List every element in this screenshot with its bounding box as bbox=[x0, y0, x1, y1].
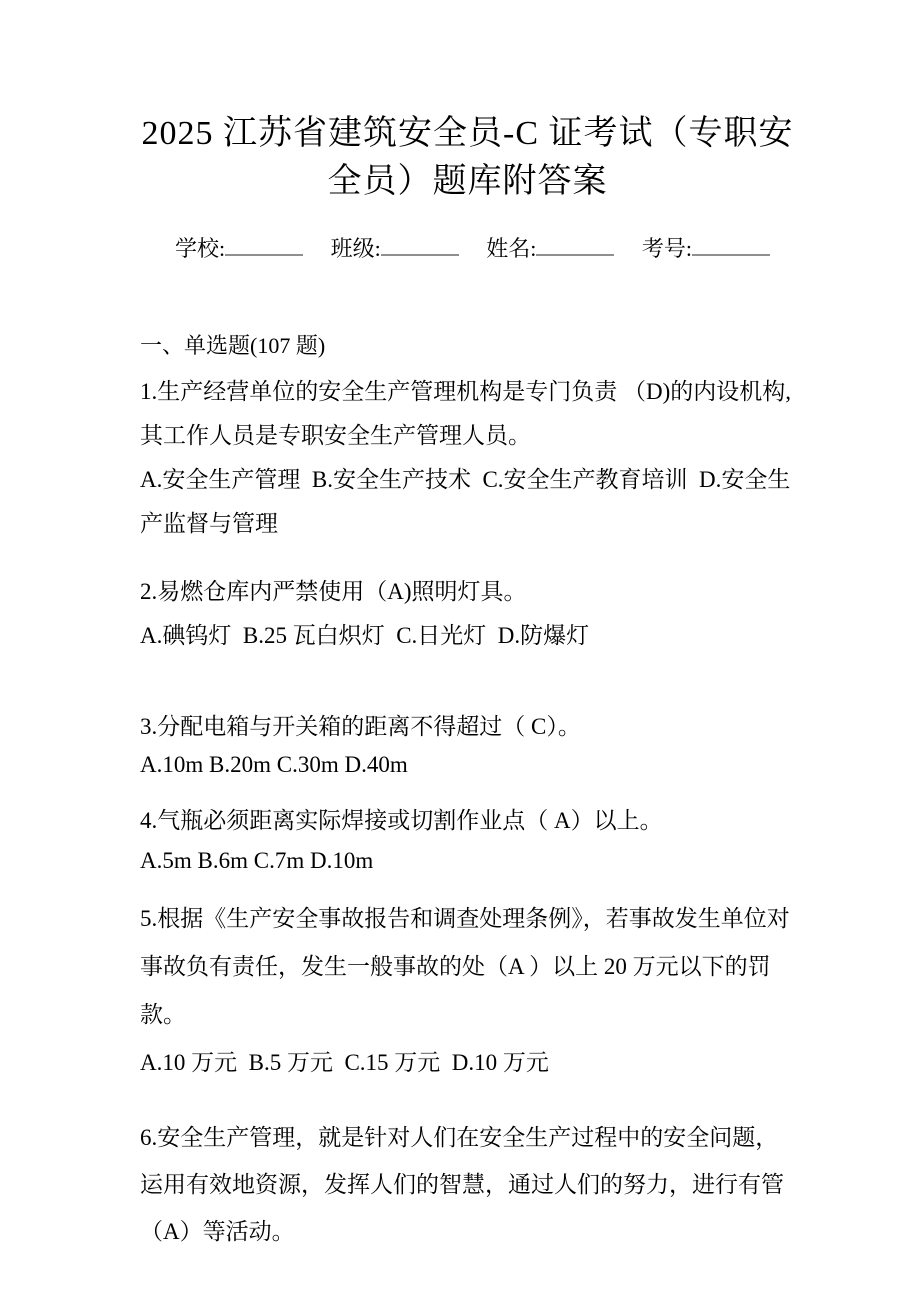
school-label: 学校: bbox=[175, 236, 225, 261]
question-5-text: 5.根据《生产安全事故报告和调查处理条例》，若事故发生单位对事故负有责任，发生一… bbox=[140, 895, 795, 1039]
question-2: 2.易燃仓库内严禁使用（A)照明灯具。 A.碘钨灯 B.25 瓦白炽灯 C.日光… bbox=[140, 570, 795, 658]
question-1-options: A.安全生产管理 B.安全生产技术 C.安全生产教育培训 D.安全生产监督与管理 bbox=[140, 458, 795, 546]
exam-title-line-2: 全员）题库附答案 bbox=[140, 158, 795, 206]
section-heading-single-choice: 一、单选题(107 题) bbox=[140, 332, 795, 360]
question-2-text: 2.易燃仓库内严禁使用（A)照明灯具。 bbox=[140, 570, 795, 614]
question-5: 5.根据《生产安全事故报告和调查处理条例》，若事故发生单位对事故负有责任，发生一… bbox=[140, 895, 795, 1087]
name-label: 姓名: bbox=[486, 236, 536, 261]
school-blank-line bbox=[225, 236, 303, 256]
question-6-text: 6.安全生产管理，就是针对人们在安全生产过程中的安全问题，运用有效地资源，发挥人… bbox=[140, 1114, 795, 1255]
class-label: 班级: bbox=[331, 236, 381, 261]
question-6: 6.安全生产管理，就是针对人们在安全生产过程中的安全问题，运用有效地资源，发挥人… bbox=[140, 1114, 795, 1255]
question-4-text: 4.气瓶必须距离实际焊接或切割作业点（ A）以上。 bbox=[140, 801, 795, 841]
question-1-text: 1.生产经营单位的安全生产管理机构是专门负责 （D)的内设机构,其工作人员是专职… bbox=[140, 370, 795, 458]
question-4-options: A.5m B.6m C.7m D.10m bbox=[140, 841, 795, 881]
name-field: 姓名: bbox=[486, 236, 614, 262]
class-field: 班级: bbox=[331, 236, 459, 262]
question-1: 1.生产经营单位的安全生产管理机构是专门负责 （D)的内设机构,其工作人员是专职… bbox=[140, 370, 795, 546]
document-content: 2025 江苏省建筑安全员-C 证考试（专职安 全员）题库附答案 学校: 班级:… bbox=[140, 0, 795, 1255]
question-2-options: A.碘钨灯 B.25 瓦白炽灯 C.日光灯 D.防爆灯 bbox=[140, 614, 795, 658]
question-3-options: A.10m B.20m C.30m D.40m bbox=[140, 746, 795, 784]
exam-number-label: 考号: bbox=[642, 236, 692, 261]
exam-number-field: 考号: bbox=[642, 236, 770, 262]
name-blank-line bbox=[536, 236, 614, 256]
question-3: 3.分配电箱与开关箱的距离不得超过（ C）。 A.10m B.20m C.30m… bbox=[140, 708, 795, 784]
school-field: 学校: bbox=[175, 236, 303, 262]
exam-title: 2025 江苏省建筑安全员-C 证考试（专职安 全员）题库附答案 bbox=[140, 110, 795, 206]
document-page: 2025 江苏省建筑安全员-C 证考试（专职安 全员）题库附答案 学校: 班级:… bbox=[0, 0, 920, 1302]
class-blank-line bbox=[381, 236, 459, 256]
question-5-options: A.10 万元 B.5 万元 C.15 万元 D.10 万元 bbox=[140, 1039, 795, 1087]
student-info-row: 学校: 班级: 姓名: 考号: bbox=[140, 236, 795, 262]
exam-number-blank-line bbox=[692, 236, 770, 256]
question-4: 4.气瓶必须距离实际焊接或切割作业点（ A）以上。 A.5m B.6m C.7m… bbox=[140, 801, 795, 881]
exam-title-line-1: 2025 江苏省建筑安全员-C 证考试（专职安 bbox=[140, 110, 795, 158]
question-3-text: 3.分配电箱与开关箱的距离不得超过（ C）。 bbox=[140, 708, 795, 746]
